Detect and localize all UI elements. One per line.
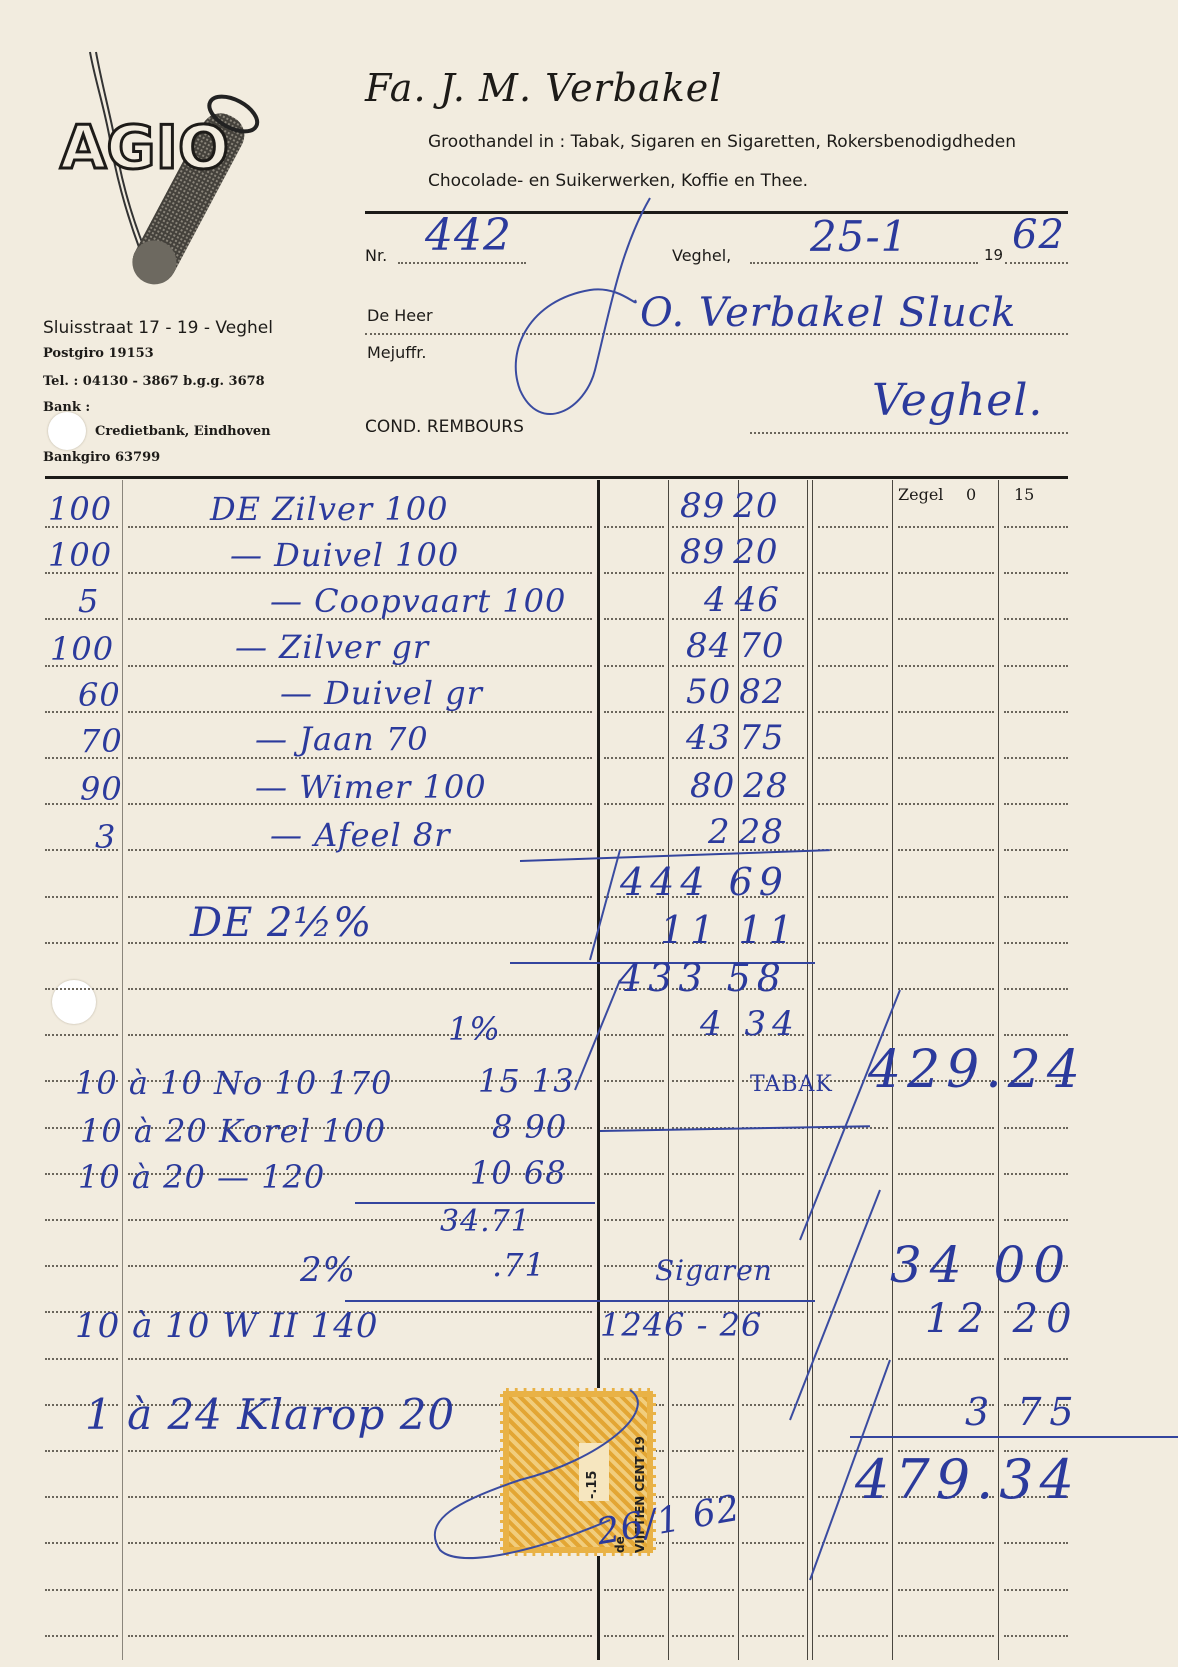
row-dotted-line: [128, 896, 592, 898]
row-dotted-line: [818, 572, 888, 574]
row-dotted-line: [742, 1635, 804, 1637]
item-amount: 4375: [686, 718, 785, 758]
item-qty: 90: [80, 770, 123, 808]
row-dotted-line: [818, 526, 888, 528]
mejuffr-label: Mejuffr.: [367, 343, 426, 362]
second-discount-label: 1%: [448, 1010, 501, 1048]
row-dotted-line: [45, 1358, 118, 1360]
cigar-item-desc: 10 à 10 No 10 170: [75, 1064, 392, 1102]
cigar-item-amount: 8 90: [492, 1108, 567, 1146]
item-qty: 3: [95, 818, 116, 856]
invoice-year: 62: [1012, 212, 1065, 258]
row-dotted-line: [898, 803, 994, 805]
row-dotted-line: [818, 665, 888, 667]
cigar-item-desc: 10 à 20 Korel 100: [80, 1112, 386, 1150]
row-dotted-line: [128, 1358, 592, 1360]
cigar-discount: .71: [492, 1246, 546, 1284]
row-dotted-line: [818, 803, 888, 805]
row-dotted-line: [604, 711, 664, 713]
row-dotted-line: [818, 1635, 888, 1637]
row-dotted-line: [1004, 711, 1068, 713]
signature-paraph-icon: [500, 190, 670, 450]
item-amount: 5082: [686, 672, 785, 712]
nr-label: Nr.: [365, 246, 387, 265]
row-dotted-line: [742, 526, 804, 528]
row-dotted-line: [604, 618, 664, 620]
row-dotted-line: [128, 1589, 592, 1591]
year-dotted-line: [1005, 262, 1068, 264]
row-dotted-line: [45, 942, 118, 944]
item-desc: — Duivel 100: [230, 536, 459, 574]
row-dotted-line: [898, 572, 994, 574]
row-dotted-line: [818, 618, 888, 620]
row-dotted-line: [604, 757, 664, 759]
row-dotted-line: [1004, 526, 1068, 528]
telephone: Tel. : 04130 - 3867 b.g.g. 3678: [43, 374, 265, 389]
row-dotted-line: [898, 711, 994, 713]
row-dotted-line: [45, 1589, 118, 1591]
row-dotted-line: [898, 757, 994, 759]
row-dotted-line: [45, 1635, 118, 1637]
row-dotted-line: [742, 572, 804, 574]
bankgiro: Bankgiro 63799: [43, 450, 160, 465]
row-dotted-line: [604, 526, 664, 528]
row-dotted-line: [672, 526, 734, 528]
row-dotted-line: [898, 1635, 994, 1637]
zegel-label: Zegel: [898, 485, 943, 504]
svg-text:AGIO: AGIO: [60, 113, 229, 183]
row-dotted-line: [45, 1219, 118, 1221]
extra-item-desc: 10 à 10 W II 140: [75, 1306, 379, 1346]
item-qty: 5: [78, 582, 99, 620]
trade-line-1: Groothandel in : Tabak, Sigaren en Sigar…: [428, 132, 1016, 152]
cigar-item-desc: 10 à 20 — 120: [78, 1158, 325, 1196]
punch-hole: [48, 412, 86, 450]
city-dotted-line: [750, 432, 1068, 434]
invoice-date: 25-1: [810, 212, 908, 261]
row-dotted-line: [898, 526, 994, 528]
row-dotted-line: [45, 896, 118, 898]
recipient-name: O. Verbakel Sluck: [640, 290, 1016, 336]
item-qty: 60: [78, 676, 121, 714]
item-desc: — Wimer 100: [255, 768, 487, 806]
year-prefix: 19: [984, 246, 1003, 264]
stamp-signature-icon: [400, 1370, 700, 1570]
row-dotted-line: [45, 1496, 118, 1498]
company-name: Fa. J. M. Verbakel: [365, 66, 722, 110]
row-dotted-line: [672, 1635, 734, 1637]
row-dotted-line: [128, 1635, 592, 1637]
trade-line-2: Chocolade- en Suikerwerken, Koffie en Th…: [428, 171, 808, 191]
row-dotted-line: [45, 1542, 118, 1544]
row-dotted-line: [1004, 757, 1068, 759]
table-top-rule: [45, 476, 1068, 479]
item-amount: 8470: [686, 626, 785, 666]
row-dotted-line: [604, 803, 664, 805]
row-dotted-line: [604, 572, 664, 574]
address: Sluisstraat 17 - 19 - Veghel: [43, 318, 273, 338]
row-dotted-line: [1004, 1635, 1068, 1637]
cigar-icon: AGIO: [55, 50, 285, 300]
item-desc: — Coopvaart 100: [270, 582, 566, 620]
row-dotted-line: [604, 665, 664, 667]
item-qty: 100: [50, 630, 114, 668]
date-dotted-line: [750, 262, 978, 264]
zegel-zero: 0: [966, 485, 976, 504]
cigar-subtotal: 34.71: [440, 1204, 531, 1239]
postgiro: Postgiro 19153: [43, 346, 154, 361]
place-label: Veghel,: [672, 246, 731, 265]
row-dotted-line: [128, 988, 592, 990]
recipient-city: Veghel.: [872, 375, 1043, 426]
row-dotted-line: [1004, 618, 1068, 620]
item-qty: 70: [80, 722, 123, 760]
row-dotted-line: [45, 988, 118, 990]
item-amount: 446: [704, 580, 780, 620]
zegel-fifteen: 15: [1014, 485, 1034, 504]
row-dotted-line: [604, 1635, 664, 1637]
row-dotted-line: [128, 1034, 592, 1036]
row-dotted-line: [45, 1265, 118, 1267]
item-desc: — Afeel 8r: [270, 816, 451, 854]
item-amount: 8028: [690, 766, 789, 806]
bank-name: Credietbank, Eindhoven: [95, 424, 271, 439]
cigar-item-amount: 10 68: [470, 1154, 567, 1192]
punch-hole: [52, 980, 96, 1024]
row-dotted-line: [45, 1450, 118, 1452]
invoice-number: 442: [425, 210, 512, 261]
row-dotted-line: [1004, 572, 1068, 574]
row-dotted-line: [672, 572, 734, 574]
discount-label: DE 2½%: [190, 900, 372, 946]
item-amount: 8920: [680, 486, 779, 526]
row-dotted-line: [45, 1034, 118, 1036]
row-dotted-line: [898, 618, 994, 620]
item-qty: 100: [48, 536, 112, 574]
row-dotted-line: [1004, 665, 1068, 667]
item-desc: DE Zilver 100: [210, 490, 448, 528]
de-heer-label: De Heer: [367, 306, 433, 325]
row-dotted-line: [898, 665, 994, 667]
item-desc: — Jaan 70: [255, 720, 429, 758]
item-desc: — Duivel gr: [280, 674, 483, 712]
item-amount: 8920: [680, 532, 779, 572]
row-dotted-line: [818, 711, 888, 713]
agio-cigar-logo: AGIO: [55, 50, 285, 300]
row-dotted-line: [818, 757, 888, 759]
item-desc: — Zilver gr: [235, 628, 429, 666]
item-qty: 100: [48, 490, 112, 528]
cigar-discount-label: 2%: [300, 1250, 356, 1290]
row-dotted-line: [1004, 803, 1068, 805]
